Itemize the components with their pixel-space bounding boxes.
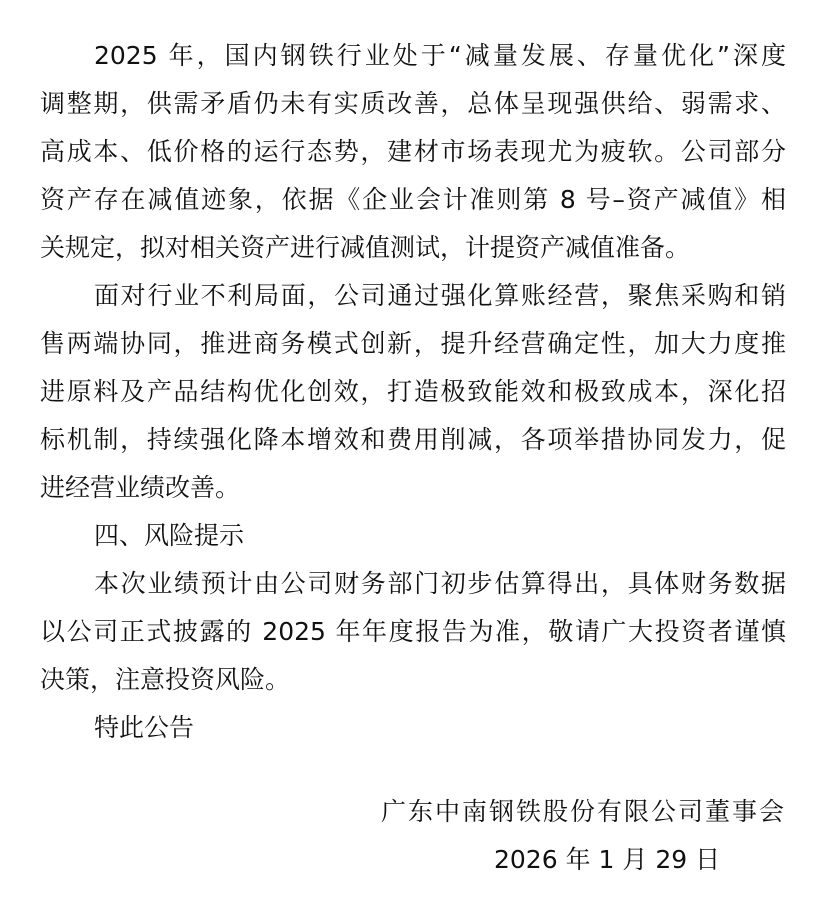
announcement-document: 2025 年，国内钢铁行业处于“减量发展、存量优化”深度 调整期，供需矛盾仍未有… (0, 0, 834, 906)
paragraph-industry-line-3: 高成本、低价格的运行态势，建材市场表现尤为疲软。公司部分 (40, 137, 786, 167)
paragraph-industry-line-2: 调整期，供需矛盾仍未有实质改善，总体呈现强供给、弱需求、 (40, 89, 786, 119)
paragraph-risk-line-2: 以公司正式披露的 2025 年年度报告为准，敬请广大投资者谨慎 (40, 617, 786, 647)
paragraph-industry-line-1: 2025 年，国内钢铁行业处于“减量发展、存量优化”深度 (94, 41, 786, 71)
paragraph-measures-line-4: 标机制，持续强化降本增效和费用削减，各项举措协同发力，促 (40, 425, 786, 455)
paragraph-industry-line-4: 资产存在减值迹象，依据《企业会计准则第 8 号–资产减值》相 (40, 185, 786, 215)
paragraph-measures-line-1: 面对行业不利局面，公司通过强化算账经营，聚焦采购和销 (94, 281, 786, 311)
paragraph-risk-line-1: 本次业绩预计由公司财务部门初步估算得出，具体财务数据 (94, 569, 786, 599)
signature-company: 广东中南钢铁股份有限公司董事会 (381, 797, 786, 827)
closing-statement: 特此公告 (94, 713, 786, 743)
paragraph-measures-line-3: 进原料及产品结构优化创效，打造极致能效和极致成本，深化招 (40, 377, 786, 407)
paragraph-risk-line-3: 决策，注意投资风险。 (40, 665, 786, 695)
paragraph-measures-line-2: 售两端协同，推进商务模式创新，提升经营确定性，加大力度推 (40, 329, 786, 359)
signature-date: 2026 年 1 月 29 日 (494, 845, 720, 875)
section-heading-risk: 四、风险提示 (94, 521, 786, 551)
paragraph-measures-line-5: 进经营业绩改善。 (40, 473, 786, 503)
paragraph-industry-line-5: 关规定，拟对相关资产进行减值测试，计提资产减值准备。 (40, 233, 786, 263)
